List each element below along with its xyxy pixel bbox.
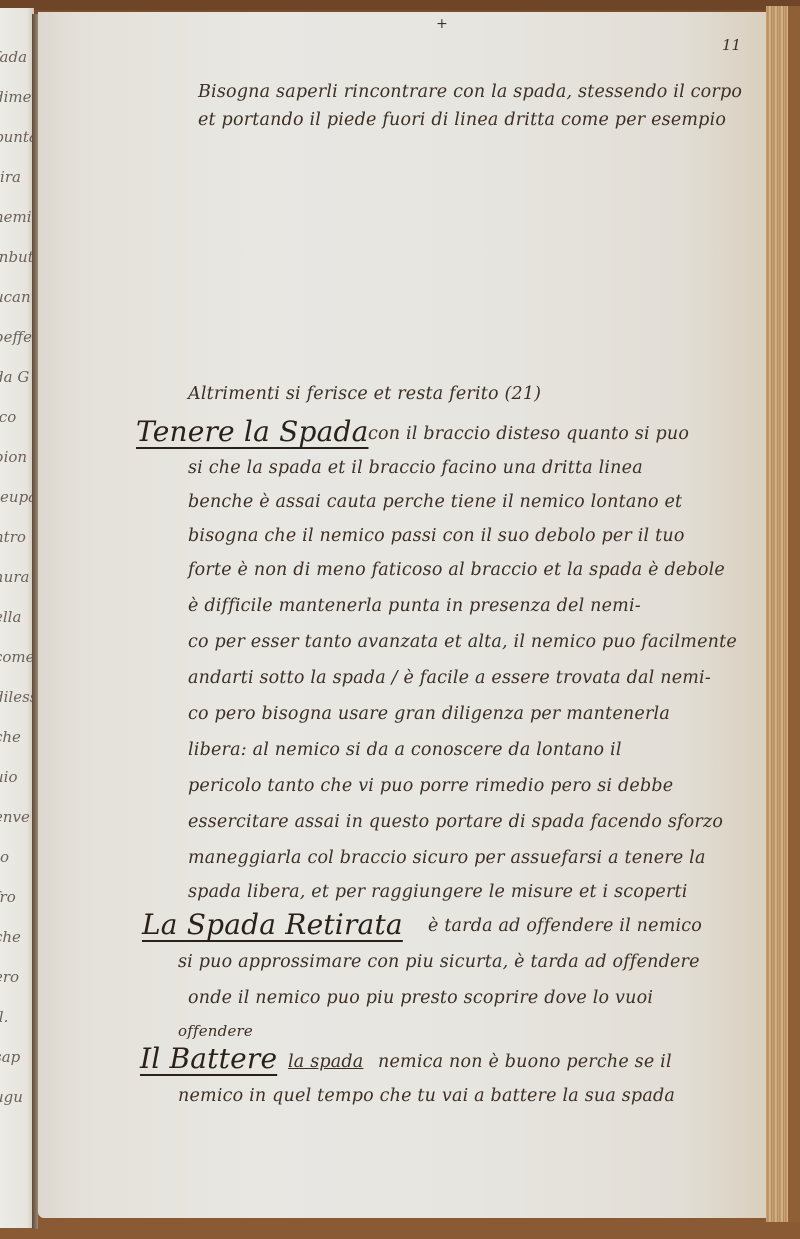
text-line: essercitare assai in questo portare di s… <box>188 812 723 832</box>
text-line: onde il nemico puo piu presto scoprire d… <box>188 988 653 1008</box>
wooden-table-bottom <box>0 1217 800 1239</box>
text-line: si puo approssimare con piu sicurta, è t… <box>178 952 700 972</box>
text-line: co per esser tanto avanzata et alta, il … <box>188 632 737 652</box>
facing-page-edge: fadadimenpuntatiranemicainbuttucanubeffe… <box>0 8 34 1228</box>
text-line: libera: al nemico si da a conoscere da l… <box>188 740 622 760</box>
intro-line-1: Bisogna saperli rincontrare con la spada… <box>198 82 742 102</box>
facing-page-text-fragment: ella <box>0 608 21 626</box>
facing-page-text-fragment: che <box>0 728 21 746</box>
text-line: spada libera, et per raggiungere le misu… <box>188 882 688 902</box>
facing-page-text-fragment: bion <box>0 448 27 466</box>
text-line: bisogna che il nemico passi con il suo d… <box>188 526 685 546</box>
facing-page-text-fragment: to <box>0 848 9 866</box>
heading-tail: la spada <box>288 1052 363 1072</box>
text-line: nemico in quel tempo che tu vai a batter… <box>178 1086 675 1106</box>
facing-page-text-fragment: ico <box>0 408 16 426</box>
text-line: è tarda ad offendere il nemico <box>428 916 702 936</box>
facing-page-text-fragment: punta <box>0 128 34 146</box>
text-line: si che la spada et il braccio facino una… <box>188 458 643 478</box>
facing-page-text-fragment: uio <box>0 768 18 786</box>
facing-page-text-fragment: enve <box>0 808 30 826</box>
facing-page-text-fragment: nemica <box>0 208 34 226</box>
text-line: maneggiarla col braccio sicuro per assue… <box>188 848 706 868</box>
text-line: con il braccio disteso quanto si puo <box>368 424 689 444</box>
facing-page-text-fragment: teupa <box>0 488 34 506</box>
folio-number: 11 <box>722 36 741 54</box>
facing-page-text-fragment: dimen <box>0 88 34 106</box>
facing-page-text-fragment: inbutt <box>0 248 34 266</box>
text-line: nemica non è buono perche se il <box>378 1052 672 1072</box>
lead-in-line: Altrimenti si ferisce et resta ferito (2… <box>188 384 541 404</box>
text-line: benche è assai cauta perche tiene il nem… <box>188 492 682 512</box>
facing-page-text-fragment: dilesso <box>0 688 34 706</box>
wooden-table-top <box>0 0 800 10</box>
facing-page-text-fragment: che <box>0 928 21 946</box>
section-heading-la-spada-retirata: La Spada Retirata <box>142 908 403 941</box>
text-line: co pero bisogna usare gran diligenza per… <box>188 704 670 724</box>
section-heading-il-battere: Il Battere <box>140 1042 277 1075</box>
facing-page-text-fragment: ucanu <box>0 288 34 306</box>
facing-page-text-fragment: fada <box>0 48 27 66</box>
facing-page-text-fragment: sap <box>0 1048 20 1066</box>
text-line: forte è non di meno faticoso al braccio … <box>188 560 725 580</box>
facing-page-text-fragment: beffe <box>0 328 32 346</box>
facing-page-text-fragment: ero <box>0 968 19 986</box>
top-cross-mark: + <box>436 16 448 32</box>
facing-page-text-fragment: ntro <box>0 528 26 546</box>
facing-page-text-fragment: come <box>0 648 34 666</box>
text-line: è difficile mantenerla punta in presenza… <box>188 596 641 616</box>
facing-page-text-fragment: ugu <box>0 1088 23 1106</box>
facing-page-text-fragment: fro <box>0 888 16 906</box>
text-line: offendere <box>178 1022 253 1040</box>
manuscript-page: + 11 Bisogna saperli rincontrare con la … <box>38 12 768 1218</box>
facing-page-text-fragment: da G <box>0 368 29 386</box>
intro-line-2: et portando il piede fuori di linea drit… <box>198 110 726 130</box>
section-heading-tenere-la-spada: Tenere la Spada <box>136 415 369 448</box>
facing-page-text-fragment: tira <box>0 168 21 186</box>
facing-page-text-fragment: hura <box>0 568 29 586</box>
text-line: pericolo tanto che vi puo porre rimedio … <box>188 776 673 796</box>
facing-page-text-fragment: ll. <box>0 1008 8 1026</box>
stacked-page-edges <box>766 6 800 1222</box>
text-line: andarti sotto la spada / è facile a esse… <box>188 668 711 688</box>
